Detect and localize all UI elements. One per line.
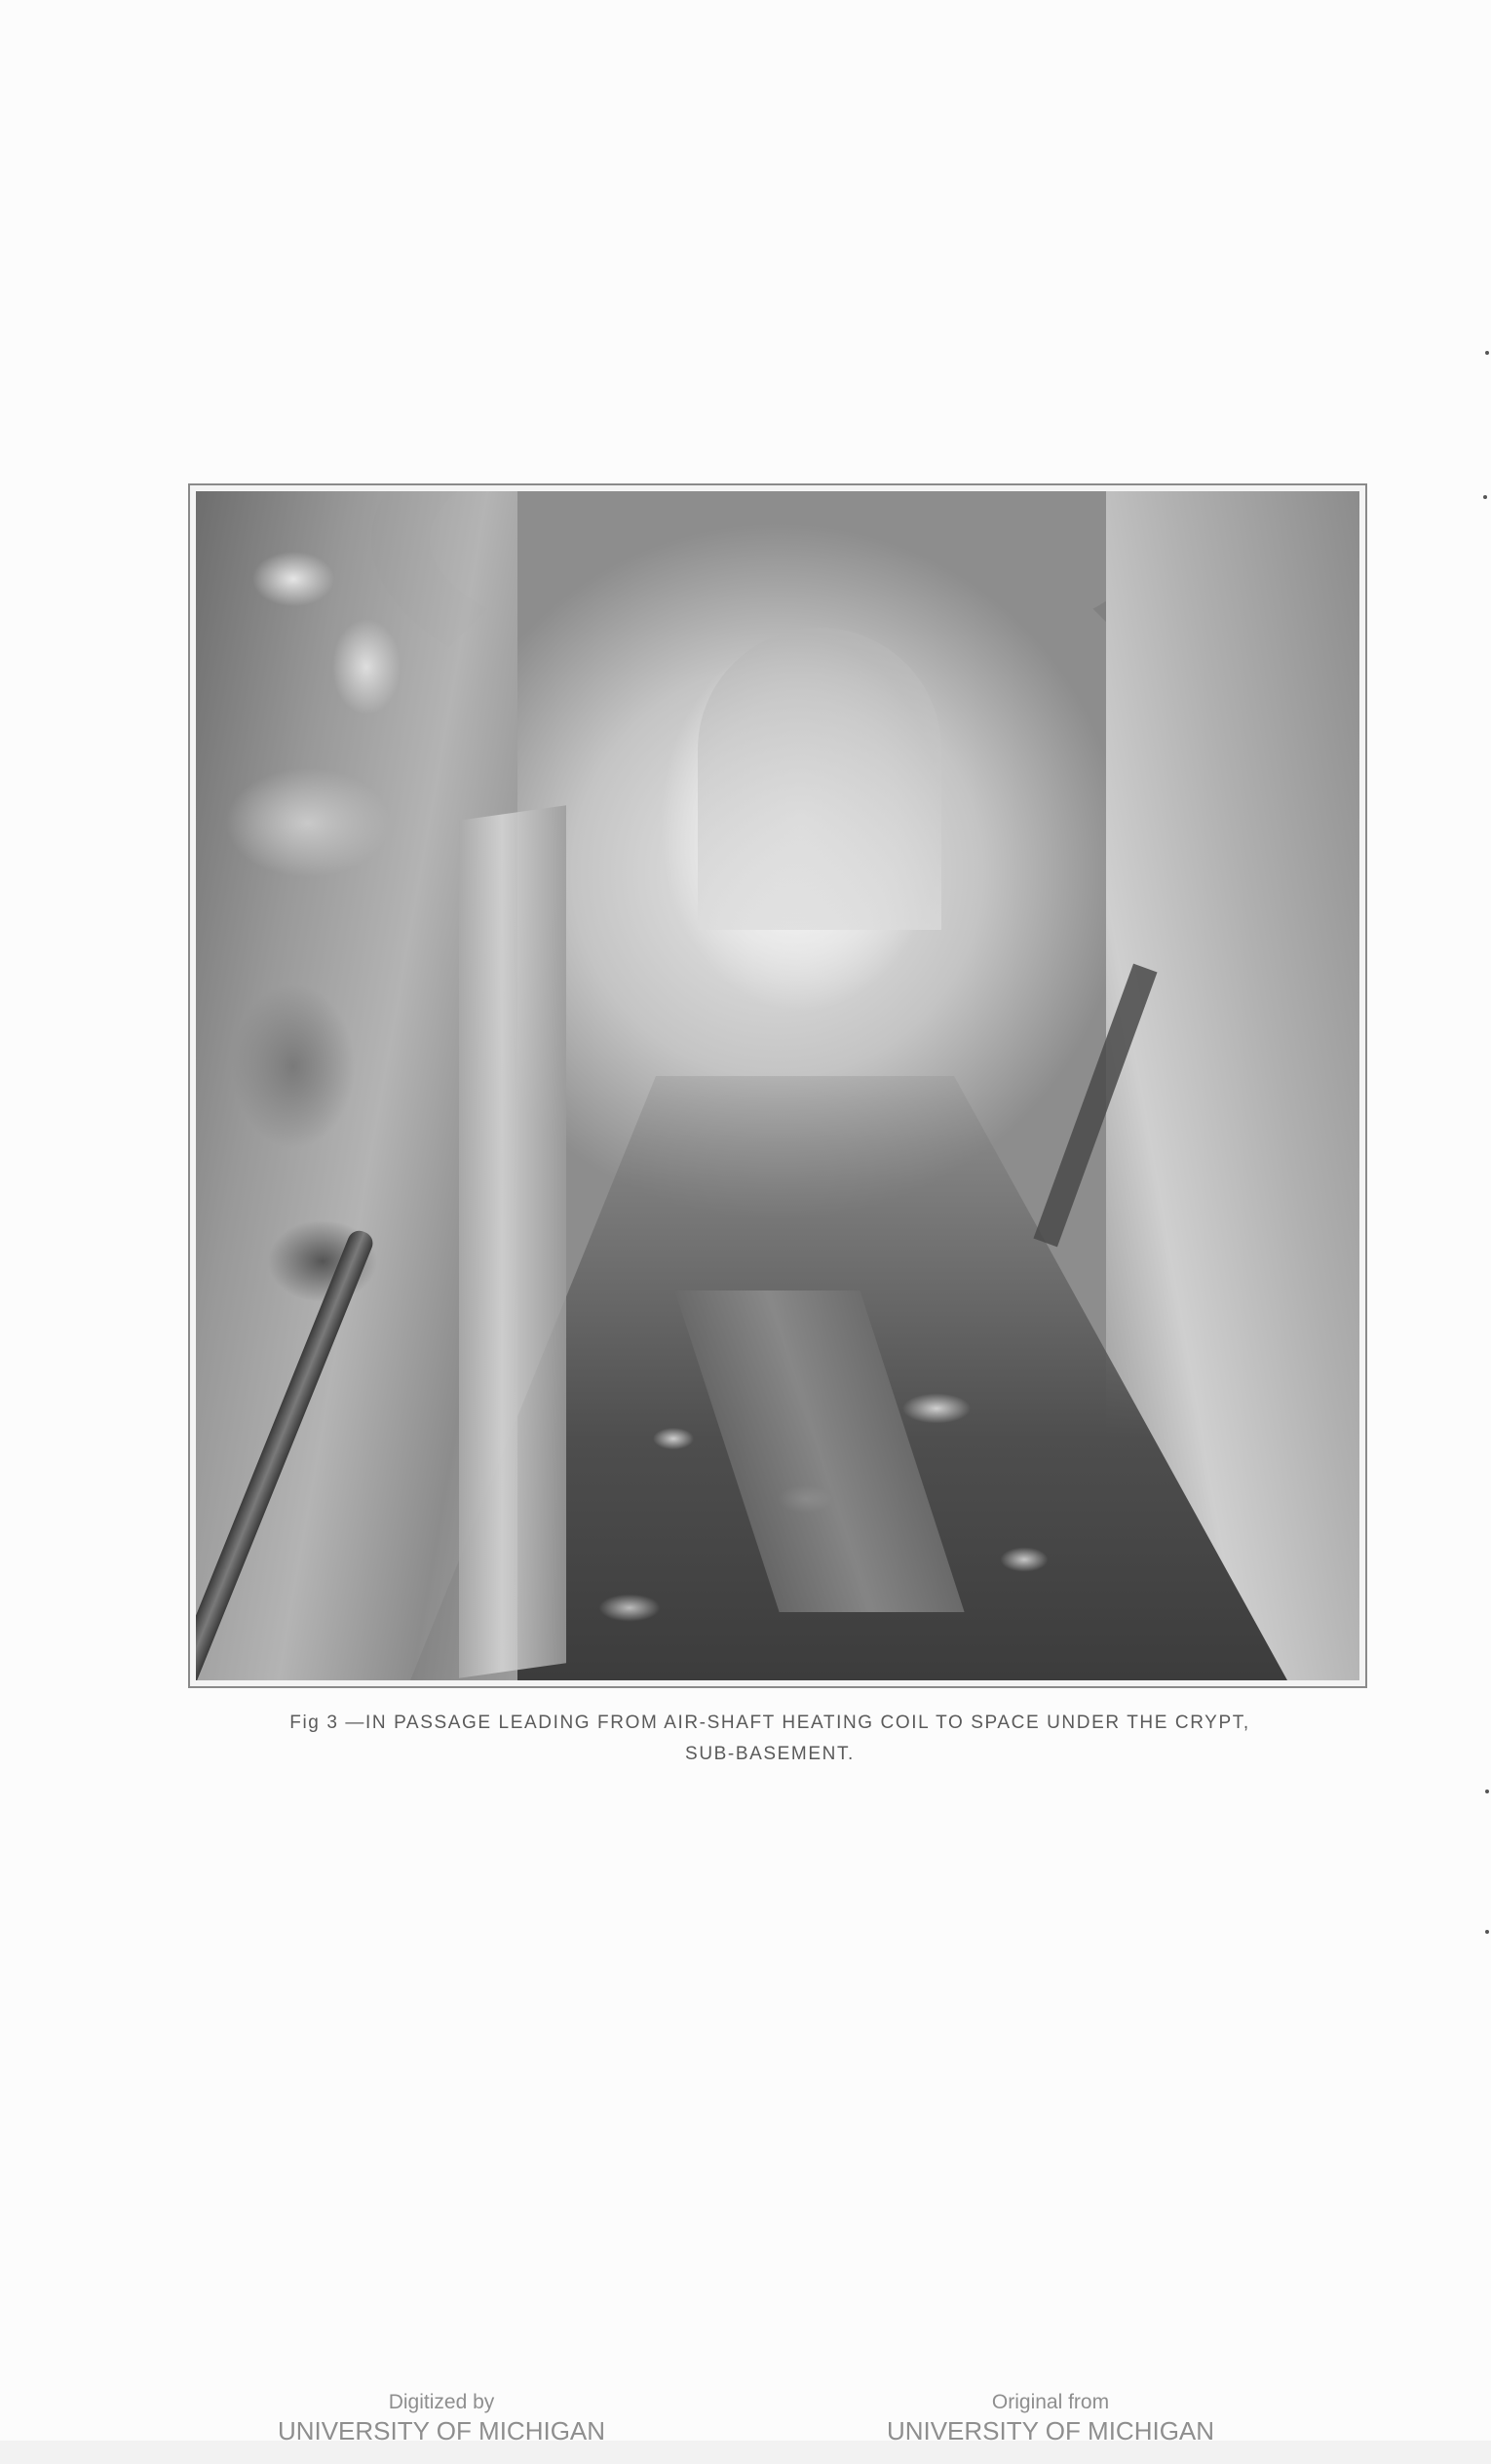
figure-photo [196, 491, 1359, 1680]
footer-digitized-by: Digitized by UNIVERSITY OF MICHIGAN [237, 2390, 646, 2446]
figure-caption: Fig 3 —IN PASSAGE LEADING FROM AIR-SHAFT… [175, 1708, 1364, 1770]
footer-left-small: Digitized by [237, 2390, 646, 2415]
footer-original-from: Original from UNIVERSITY OF MICHIGAN [846, 2390, 1255, 2446]
caption-line-2: SUB-BASEMENT. [175, 1739, 1364, 1770]
left-wall-patches [206, 530, 498, 1505]
wall-ledge [459, 805, 566, 1677]
caption-line-1: Fig 3 —IN PASSAGE LEADING FROM AIR-SHAFT… [175, 1708, 1364, 1739]
figure-photo-frame [188, 483, 1367, 1688]
page-mark [1485, 351, 1489, 355]
footer-band [0, 2441, 1491, 2464]
page-mark [1485, 1790, 1489, 1793]
page-mark [1483, 495, 1487, 499]
footer-right-small: Original from [846, 2390, 1255, 2415]
page-mark [1485, 1930, 1489, 1934]
